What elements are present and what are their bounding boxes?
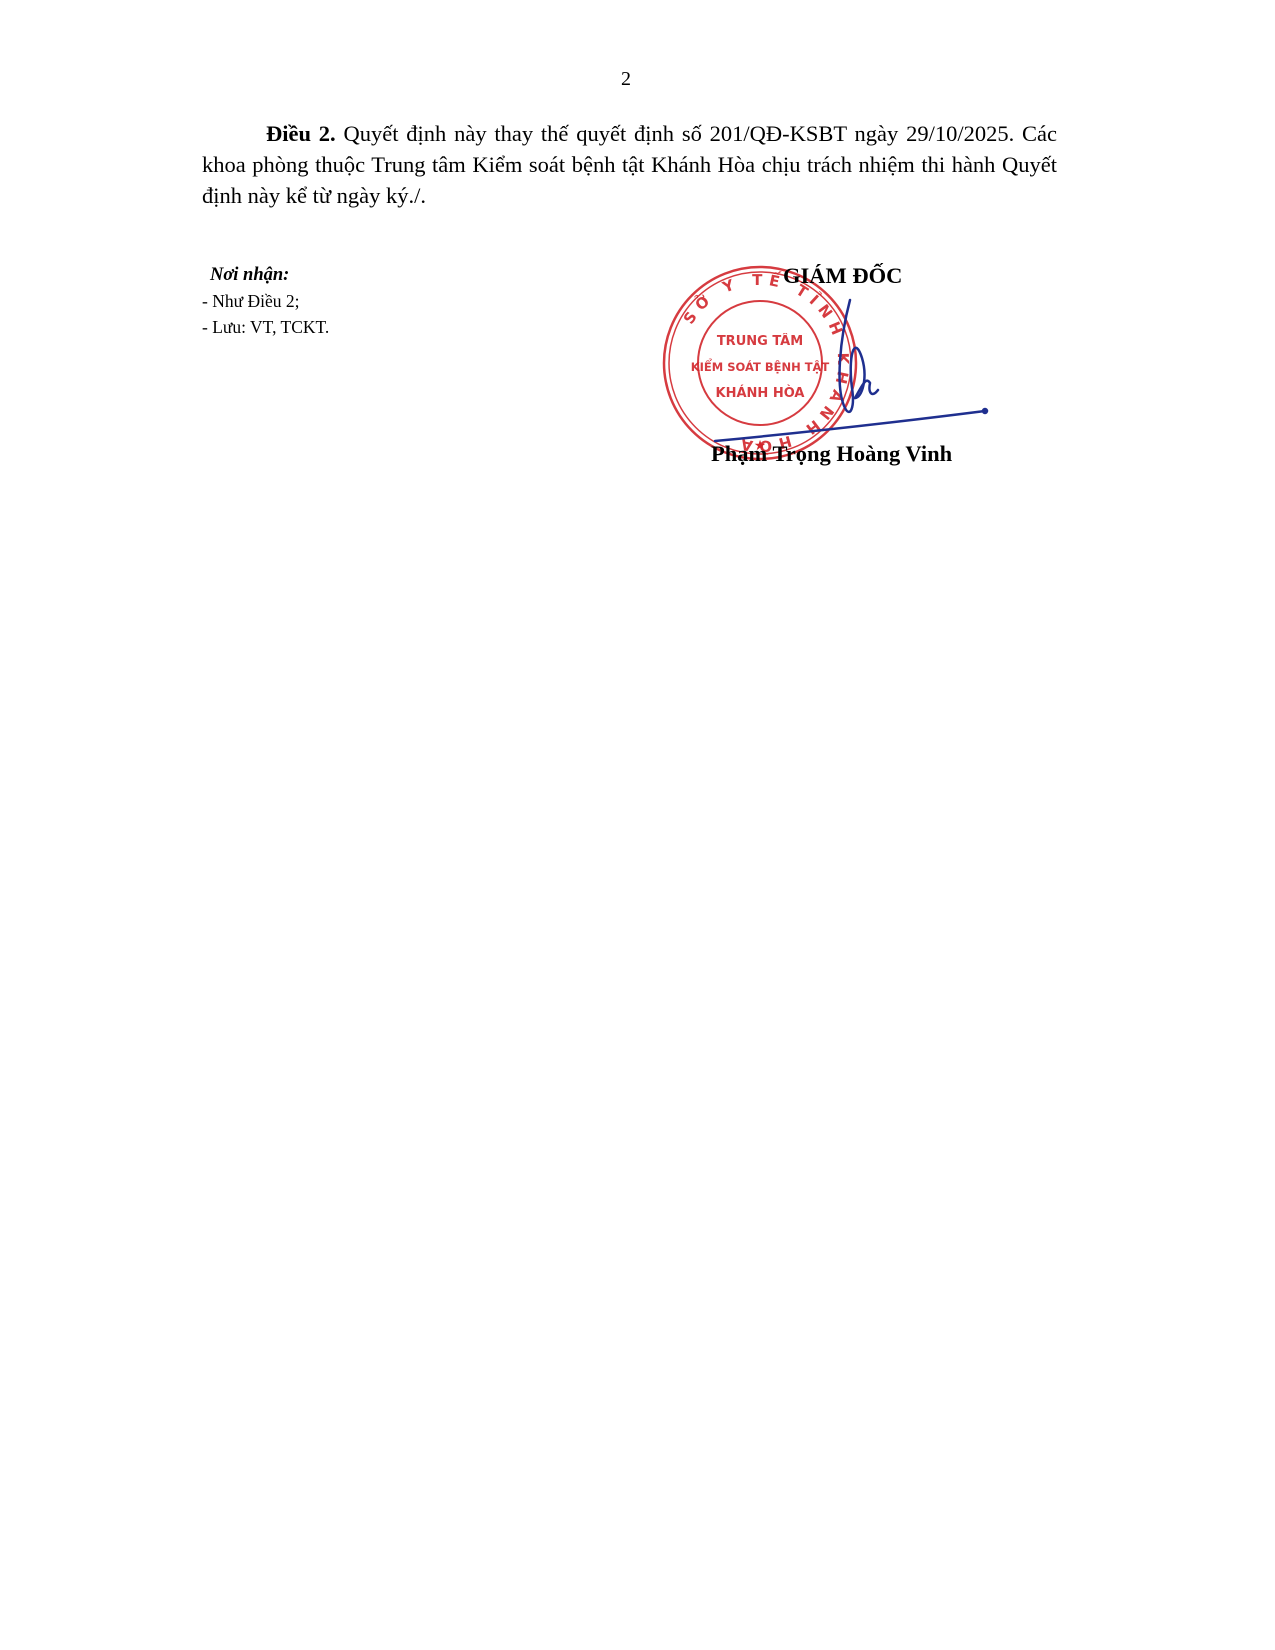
article-paragraph: Điều 2. Quyết định này thay thế quyết đị… [202,118,1057,211]
article-2: Điều 2. Quyết định này thay thế quyết đị… [202,118,1057,211]
signer-name: Phạm Trọng Hoàng Vinh [711,441,952,467]
recipients-block: Nơi nhận: - Như Điều 2; - Lưu: VT, TCKT. [202,262,329,340]
recipient-item: - Lưu: VT, TCKT. [202,314,329,340]
page-number: 2 [0,68,1252,91]
recipients-title: Nơi nhận: [202,262,329,288]
article-heading: Điều 2. [266,121,336,146]
signature-block: SỞ Y TẾ TỈNH KHÁNH HÒA TRUNG TÂM KIỂM SO… [640,258,1060,488]
recipient-item: - Như Điều 2; [202,288,329,314]
